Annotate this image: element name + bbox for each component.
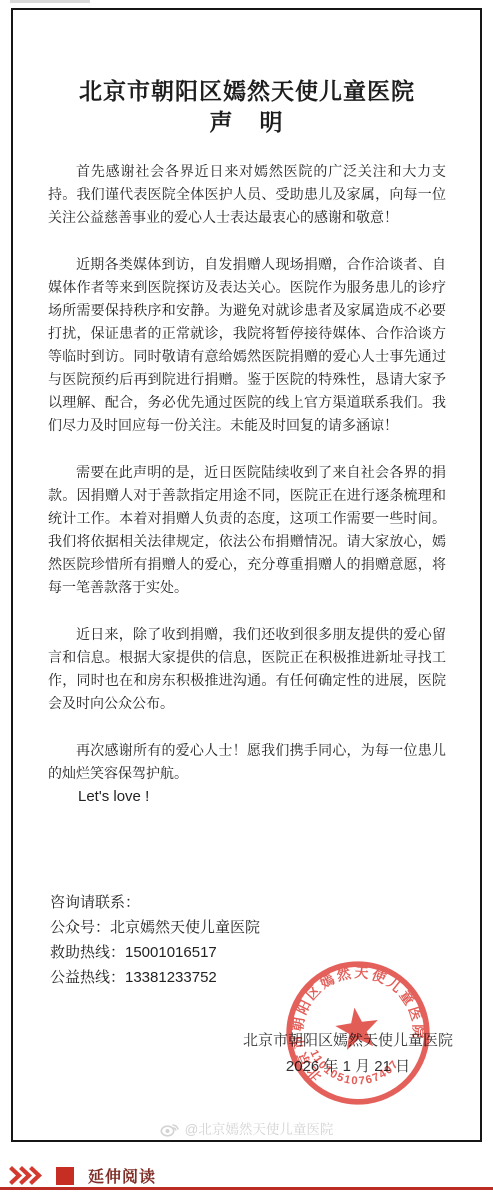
extended-reading-header: 延伸阅读 xyxy=(8,1164,156,1187)
extended-reading-section: 延伸阅读 xyxy=(0,1156,493,1197)
contact-charity-hotline: 公益热线：13381233752 xyxy=(50,965,260,990)
lets-love-line: Let's love ! xyxy=(48,785,446,808)
statement-document: 北京市朝阳区嫣然天使儿童医院 声 明 首先感谢社会各界近日来对嫣然医院的广泛关注… xyxy=(11,8,482,1142)
statement-paragraph-4: 近日来，除了收到捐赠，我们还收到很多朋友提供的爱心留言和信息。根据大家提供的信息… xyxy=(48,623,446,715)
statement-paragraph-2: 近期各类媒体到访，自发捐赠人现场捐赠，合作洽谈者、自媒体作者等来到医院探访及表达… xyxy=(48,253,446,437)
stamp-star-icon xyxy=(333,1005,381,1051)
watermark: @北京嫣然天使儿童医院 xyxy=(13,1118,480,1138)
weibo-icon xyxy=(160,1120,180,1137)
footer-divider xyxy=(0,1187,493,1190)
document-body: 北京市朝阳区嫣然天使儿童医院 声 明 首先感谢社会各界近日来对嫣然医院的广泛关注… xyxy=(48,76,446,808)
cropped-text-artifact xyxy=(10,0,90,3)
stamp-serial-number: 11010510767407 xyxy=(307,1037,404,1094)
contact-wechat-account: 公众号：北京嫣然天使儿童医院 xyxy=(50,915,260,940)
contact-rescue-hotline: 救助热线：15001016517 xyxy=(50,940,260,965)
statement-paragraph-3: 需要在此声明的是，近日医院陆续收到了来自社会各界的捐款。因捐赠人对于善款指定用途… xyxy=(48,461,446,599)
svg-text:11010510767407: 11010510767407 xyxy=(307,1037,404,1094)
statement-paragraph-5: 再次感谢所有的爱心人士！愿我们携手同心，为每一位患儿的灿烂笑容保驾护航。 xyxy=(48,739,446,785)
statement-paragraphs: 首先感谢社会各界近日来对嫣然医院的广泛关注和大力支持。我们谨代表医院全体医护人员… xyxy=(48,160,446,808)
extended-reading-label: 延伸阅读 xyxy=(88,1164,156,1187)
document-title: 北京市朝阳区嫣然天使儿童医院 xyxy=(48,76,446,107)
red-square-bullet-icon xyxy=(56,1167,74,1185)
statement-heading: 声 明 xyxy=(48,107,446,138)
official-seal-stamp-icon: 北京市朝阳区嫣然天使儿童医院 11010510767407 xyxy=(283,958,433,1108)
triple-chevron-icon xyxy=(8,1165,42,1186)
weibo-article-page: 北京市朝阳区嫣然天使儿童医院 声 明 首先感谢社会各界近日来对嫣然医院的广泛关注… xyxy=(0,0,493,1197)
contact-block: 咨询请联系： 公众号：北京嫣然天使儿童医院 救助热线：15001016517 公… xyxy=(50,890,260,990)
contact-heading: 咨询请联系： xyxy=(50,890,260,915)
watermark-text: @北京嫣然天使儿童医院 xyxy=(185,1118,334,1138)
statement-paragraph-1: 首先感谢社会各界近日来对嫣然医院的广泛关注和大力支持。我们谨代表医院全体医护人员… xyxy=(48,160,446,229)
